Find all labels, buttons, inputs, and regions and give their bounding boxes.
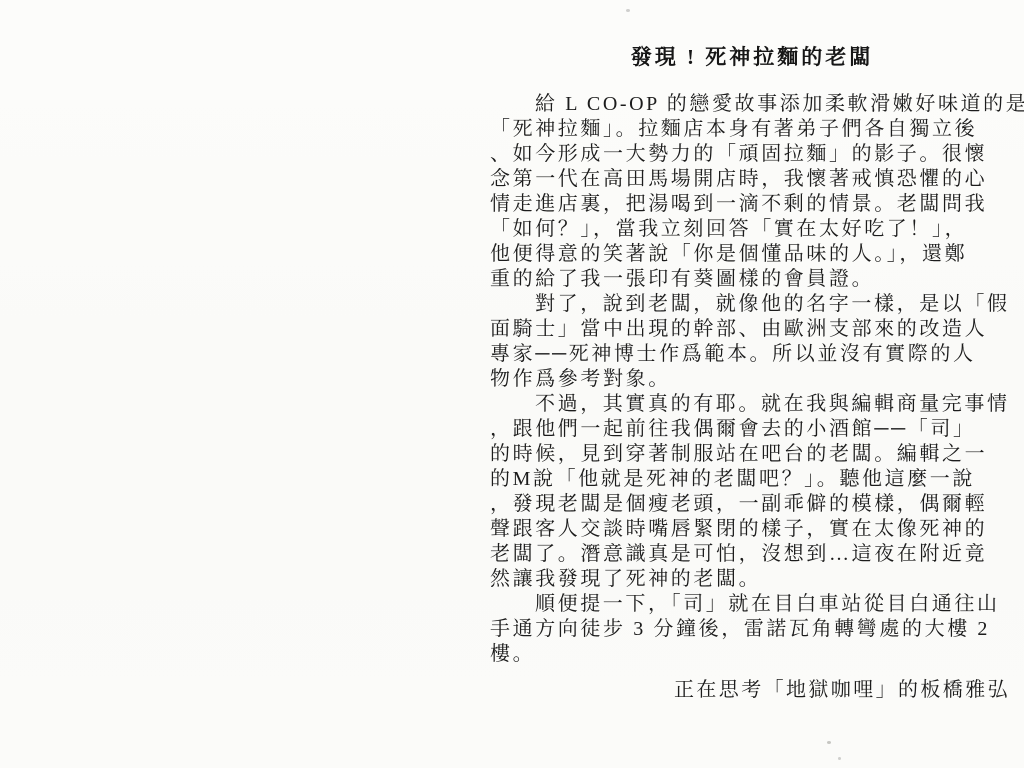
text-line: 樓。	[490, 642, 1016, 667]
text-line: 對了，說到老闆，就像他的名字一樣，是以「假	[490, 292, 1016, 317]
body-text: 給 L CO-OP 的戀愛故事添加柔軟滑嫩好味道的是 「死神拉麵」。拉麵店本身有…	[490, 92, 1016, 667]
text-line: ，發現老闆是個瘦老頭，一副乖僻的模樣，偶爾輕	[490, 492, 1016, 517]
text-line: 的M說「他就是死神的老闆吧？」。聽他這麼一說	[490, 467, 1016, 492]
text-line: 的時候，見到穿著制服站在吧台的老闆。編輯之一	[490, 442, 1016, 467]
text-line: 老闆了。潛意識真是可怕，沒想到…這夜在附近竟	[490, 542, 1016, 567]
paragraph: 順便提一下，「司」就在目白車站從目白通往山 手通方向徒步 3 分鐘後，雷諾瓦角轉…	[490, 592, 1016, 667]
text-line: 聲跟客人交談時嘴唇緊閉的樣子，實在太像死神的	[490, 517, 1016, 542]
text-line: 念第一代在高田馬場開店時，我懷著戒慎恐懼的心	[490, 167, 1016, 192]
scan-speck	[838, 757, 841, 760]
text-line: 「如何？」，當我立刻回答「實在太好吃了！」，	[490, 217, 1016, 242]
text-line: 順便提一下，「司」就在目白車站從目白通往山	[490, 592, 1016, 617]
text-line: 情走進店裏，把湯喝到一滴不剩的情景。老闆問我	[490, 192, 1016, 217]
scanned-book-page: 發現 ! 死神拉麵的老闆 給 L CO-OP 的戀愛故事添加柔軟滑嫩好味道的是 …	[0, 0, 1024, 768]
scan-speck	[827, 741, 831, 744]
text-line: 物作爲參考對象。	[490, 367, 1016, 392]
text-line: 然讓我發現了死神的老闆。	[490, 567, 1016, 592]
text-line: 不過，其實真的有耶。就在我與編輯商量完事情	[490, 392, 1016, 417]
author-signature: 正在思考「地獄咖哩」的板橋雅弘	[674, 673, 1010, 702]
page-title: 發現 ! 死神拉麵的老闆	[488, 41, 1016, 71]
text-line: ，跟他們一起前往我偶爾會去的小酒館──「司」	[490, 417, 1016, 442]
text-line: 他便得意的笑著說「你是個懂品味的人。」，還鄭	[490, 242, 1016, 267]
text-line: 面騎士」當中出現的幹部、由歐洲支部來的改造人	[490, 317, 1016, 342]
text-line: 、如今形成一大勢力的「頑固拉麵」的影子。很懷	[490, 142, 1016, 167]
text-line: 手通方向徒步 3 分鐘後，雷諾瓦角轉彎處的大樓 2	[490, 617, 1016, 642]
text-line: 專家──死神博士作爲範本。所以並沒有實際的人	[490, 342, 1016, 367]
paragraph: 對了，說到老闆，就像他的名字一樣，是以「假 面騎士」當中出現的幹部、由歐洲支部來…	[490, 292, 1016, 392]
text-line: 「死神拉麵」。拉麵店本身有著弟子們各自獨立後	[490, 117, 1016, 142]
paragraph: 給 L CO-OP 的戀愛故事添加柔軟滑嫩好味道的是 「死神拉麵」。拉麵店本身有…	[490, 92, 1016, 292]
text-line: 重的給了我一張印有葵圖樣的會員證。	[490, 267, 1016, 292]
scan-speck	[626, 9, 630, 12]
paragraph: 不過，其實真的有耶。就在我與編輯商量完事情 ，跟他們一起前往我偶爾會去的小酒館─…	[490, 392, 1016, 592]
text-line: 給 L CO-OP 的戀愛故事添加柔軟滑嫩好味道的是	[490, 92, 1016, 117]
